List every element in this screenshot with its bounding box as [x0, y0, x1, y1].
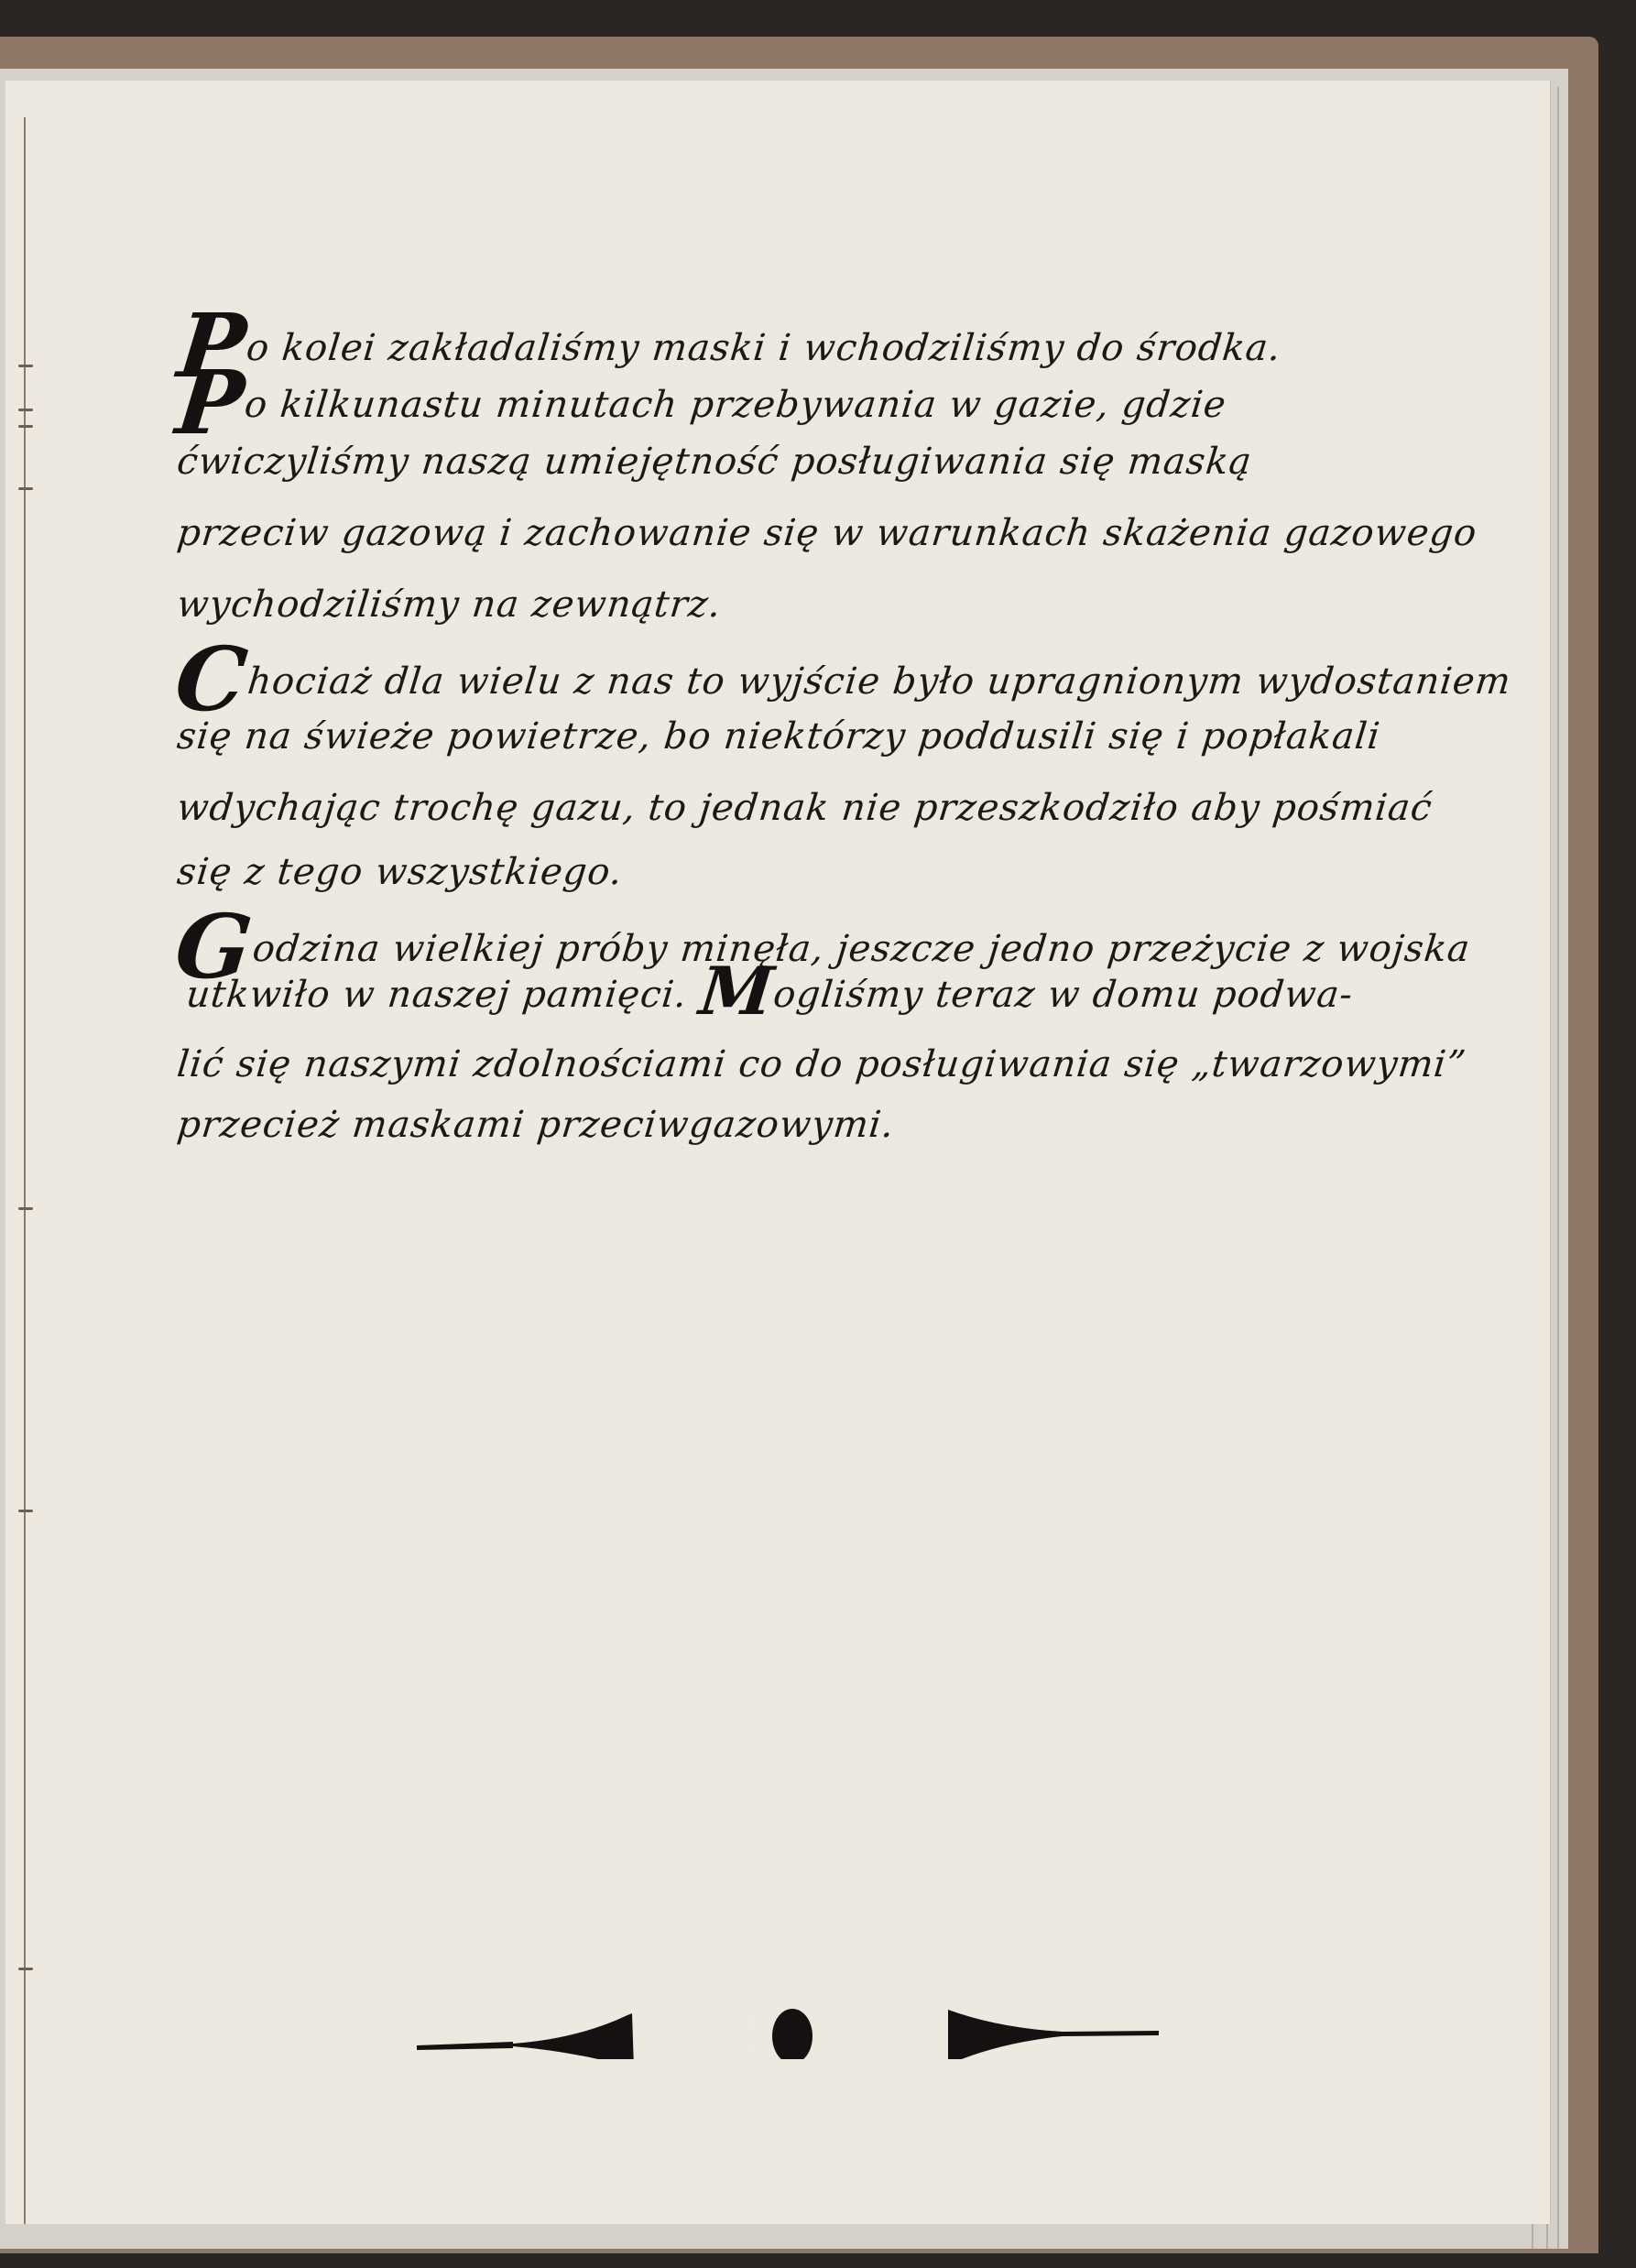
binding-line: [24, 117, 26, 2224]
text-line: Chociaż dla wielu z nas to wyjście było …: [175, 643, 1480, 691]
paragraph-1: Po kolei zakładaliśmy maski i wchodziliś…: [175, 310, 1476, 366]
binding-stitch: [18, 425, 33, 428]
text-line: przeciw gazową i zachowanie się w warunk…: [175, 511, 1480, 555]
binding-stitch: [18, 1207, 33, 1210]
text-line: ćwiczyliśmy naszą umiejętność posługiwan…: [175, 440, 1480, 484]
page-edge: [1557, 87, 1559, 2249]
binding-stitch: [18, 1510, 33, 1512]
end-ornament-icon: [412, 1995, 1172, 2059]
line-text: odzina wielkiej próby minęła, jeszcze je…: [251, 928, 1473, 970]
text-line: Po kilkunastu minutach przebywania w gaz…: [175, 366, 1482, 423]
manuscript-page: Po kolei zakładaliśmy maski i wchodziliś…: [5, 81, 1551, 2224]
binding-stitch: [18, 487, 33, 490]
line-text: o kilkunastu minutach przebywania w gazi…: [243, 384, 1228, 426]
text-line: lić się naszymi zdolnościami co do posłu…: [175, 1042, 1480, 1086]
line-text: ogliśmy teraz w domu podwa-: [771, 974, 1355, 1016]
text-line: się na świeże powietrze, bo niektórzy po…: [175, 714, 1480, 758]
binding-stitch: [18, 1968, 33, 1970]
text-line: przecież maskami przeciwgazowymi.: [175, 1103, 1480, 1147]
paragraph-4: Godzina wielkiej próby minęła, jeszcze j…: [175, 910, 1476, 1147]
line-text: o kolei zakładaliśmy maski i wchodziliśm…: [245, 327, 1283, 369]
text-line: wdychając trochę gazu, to jednak nie prz…: [175, 786, 1480, 830]
line-text: hociaż dla wielu z nas to wyjście było u…: [245, 660, 1513, 703]
drop-cap: P: [173, 366, 247, 440]
paragraph-2: Po kilkunastu minutach przebywania w gaz…: [175, 366, 1476, 627]
handwritten-text: Po kolei zakładaliśmy maski i wchodziliś…: [175, 310, 1476, 1147]
binding-stitch: [18, 409, 33, 411]
drop-cap: C: [172, 643, 250, 716]
paragraph-3: Chociaż dla wielu z nas to wyjście było …: [175, 643, 1476, 894]
line-text: utkwiło w naszej pamięci.: [184, 974, 689, 1016]
binding-stitch: [18, 365, 33, 367]
text-line: się z tego wszystkiego.: [175, 850, 1480, 894]
text-line: Godzina wielkiej próby minęła, jeszcze j…: [175, 910, 1480, 958]
inline-cap: M: [698, 973, 776, 1009]
text-line: utkwiło w naszej pamięci. Mogliśmy teraz…: [175, 973, 1480, 1017]
text-line: wychodziliśmy na zewnątrz.: [175, 583, 1480, 627]
